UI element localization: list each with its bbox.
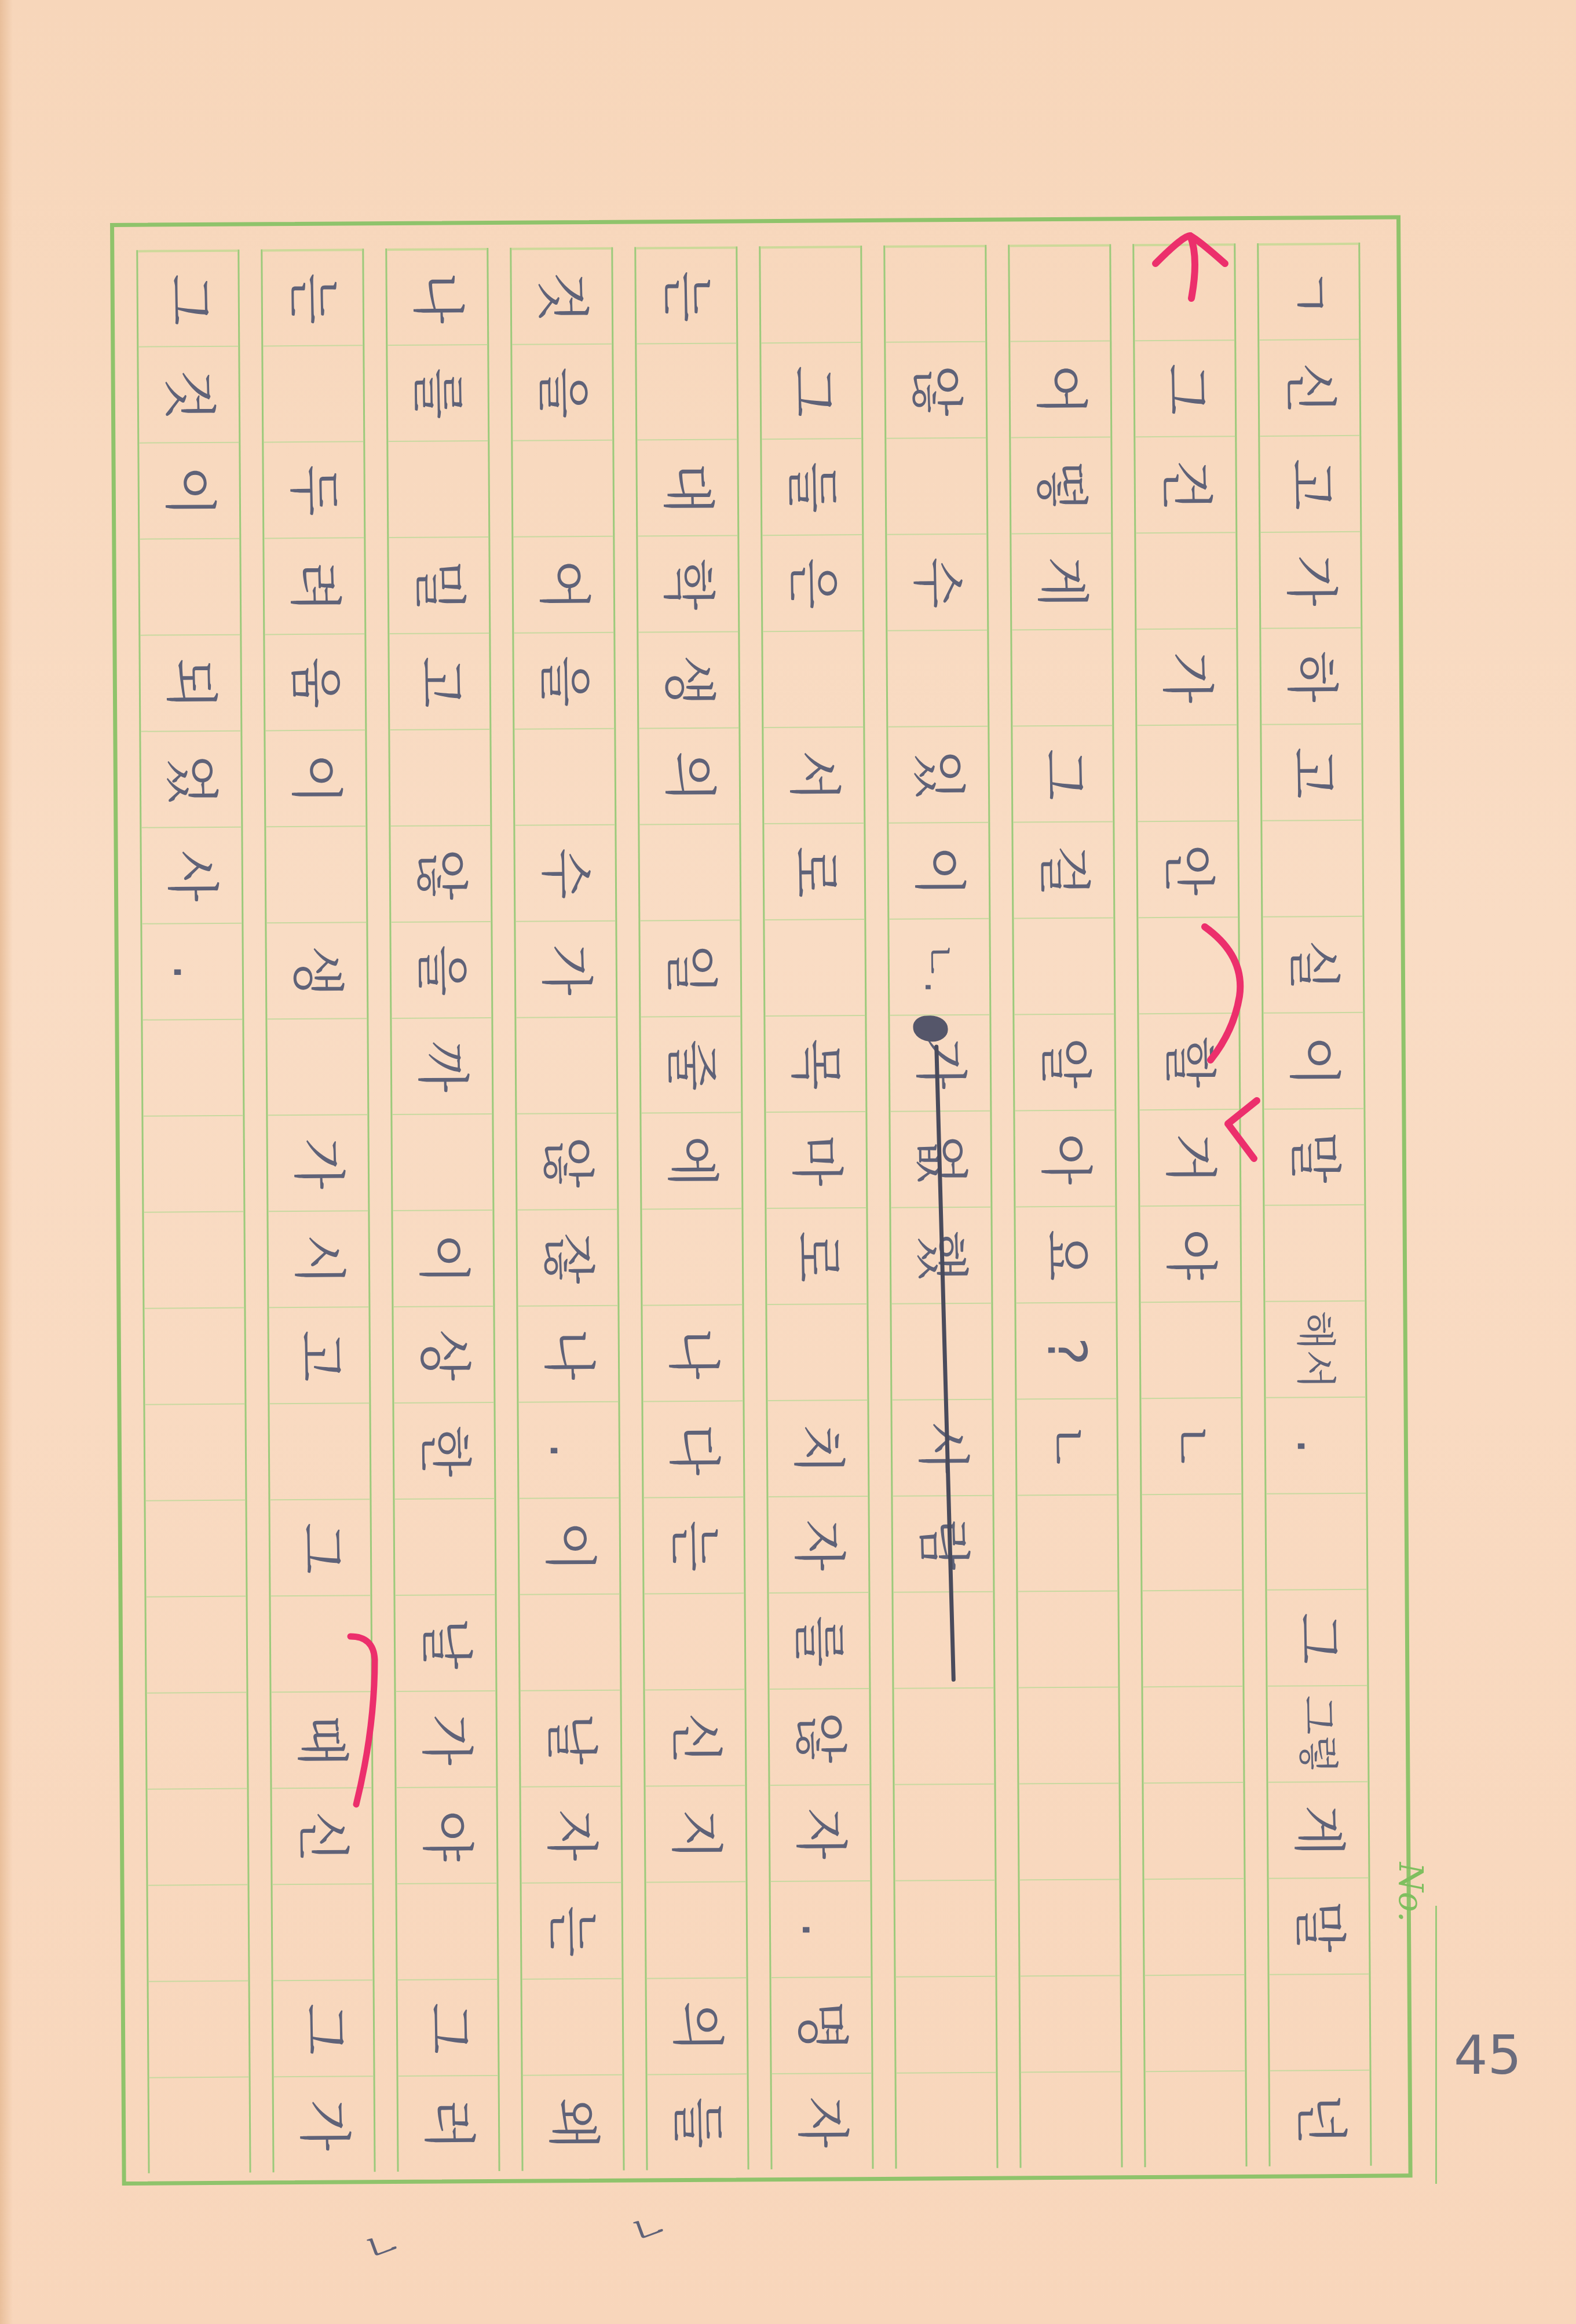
handwritten-syllable: 그: [1158, 363, 1212, 415]
handwritten-syllable: 말: [1292, 1901, 1346, 1953]
manuscript-cell: [1143, 1686, 1243, 1784]
manuscript-cell: 려: [264, 537, 364, 635]
handwritten-syllable: ㄱ: [1282, 267, 1336, 319]
manuscript-cell: 야: [397, 1786, 497, 1884]
handwritten-syllable: 수: [911, 557, 964, 609]
manuscript-cell: [895, 1880, 996, 1978]
manuscript-cell: 않: [517, 1113, 617, 1211]
manuscript-cell: 것: [138, 346, 239, 444]
handwritten-syllable: 알: [1038, 1037, 1092, 1088]
manuscript-cell: [394, 1498, 495, 1596]
handwritten-syllable: 아: [1039, 1133, 1092, 1185]
handwritten-syllable: 지: [669, 1808, 723, 1860]
manuscript-cell: [149, 1980, 249, 2078]
manuscript-cell: [146, 1596, 246, 1694]
handwritten-syllable: 않: [793, 1712, 847, 1763]
handwritten-syllable: 것: [162, 369, 216, 421]
handwritten-syllable: 나: [411, 272, 465, 324]
handwritten-syllable: 러: [422, 2099, 476, 2150]
manuscript-cell: [144, 1307, 244, 1405]
manuscript-cell: [1142, 1589, 1242, 1687]
handwritten-syllable: 은: [786, 558, 840, 609]
paper-edge: [0, 0, 13, 2324]
manuscript-cell: [1144, 1878, 1244, 1976]
manuscript-cell: 지: [645, 1785, 745, 1883]
manuscript-cell: [144, 1211, 244, 1309]
manuscript-cell: [1142, 1493, 1242, 1591]
manuscript-cell: 고: [1261, 723, 1362, 821]
manuscript-cell: 이: [1263, 1012, 1363, 1110]
manuscript-cell: 가: [274, 2075, 374, 2173]
manuscript-cell: 날: [395, 1594, 495, 1692]
manuscript-cell: 을: [512, 344, 612, 441]
manuscript-cell: 생: [638, 631, 738, 729]
manuscript-cell: [140, 538, 240, 636]
manuscript-cell: 자: [770, 1784, 870, 1882]
manuscript-cell: 수: [515, 824, 615, 922]
manuscript-cell: [1018, 1686, 1118, 1784]
handwritten-syllable: 사: [165, 850, 219, 901]
manuscript-cell: 가: [1260, 531, 1361, 629]
handwritten-syllable: 이: [289, 753, 343, 805]
handwritten-syllable: 하: [1285, 651, 1339, 703]
manuscript-cell: 를: [387, 344, 488, 442]
manuscript-cell: [390, 729, 490, 827]
handwritten-syllable: 서: [787, 750, 841, 802]
manuscript-cell: 이: [265, 729, 365, 827]
handwritten-syllable: .: [542, 1442, 595, 1459]
manuscript-cell: 마: [766, 1111, 866, 1209]
manuscript-cell: ㄴ: [1016, 1398, 1117, 1496]
manuscript-cell: [516, 1017, 616, 1115]
handwritten-syllable: 생: [662, 655, 716, 706]
handwritten-syllable: 가: [913, 1038, 967, 1090]
handwritten-syllable: 그: [297, 2003, 350, 2055]
handwritten-syllable: 었: [164, 754, 218, 805]
manuscript-cell: 그: [1012, 725, 1113, 823]
handwritten-syllable: 자: [794, 1808, 847, 1859]
manuscript-cell: [1021, 2071, 1121, 2169]
manuscript-cell: 가: [268, 1114, 368, 1212]
handwritten-syllable: 이: [912, 846, 966, 897]
handwritten-syllable: 말: [1288, 1132, 1341, 1183]
manuscript-cell: [887, 630, 988, 728]
handwritten-syllable: 는: [667, 1520, 721, 1572]
manuscript-cell: [1145, 1974, 1245, 2072]
handwritten-syllable: 있: [912, 750, 966, 801]
manuscript-cell: ?: [1016, 1302, 1116, 1399]
handwritten-syllable: .: [166, 963, 219, 981]
manuscript-cell: 명: [771, 1976, 872, 2074]
handwritten-syllable: 넌: [1293, 2093, 1347, 2145]
handwritten-syllable: 그렇: [1297, 1695, 1339, 1774]
manuscript-cell: [520, 1594, 620, 1691]
manuscript-cell: [1010, 244, 1110, 342]
manuscript-cell: 가: [396, 1690, 496, 1788]
manuscript-cell: 서: [763, 726, 864, 824]
manuscript-cell: 두: [264, 441, 364, 539]
manuscript-cell: 자: [772, 2073, 872, 2170]
manuscript-cell: 람: [893, 1495, 993, 1593]
handwritten-syllable: 이: [543, 1521, 597, 1572]
manuscript-cell: 는: [522, 1882, 622, 1980]
manuscript-cell: 을: [391, 921, 491, 1019]
manuscript-cell: .: [771, 1880, 871, 1978]
handwritten-syllable: 까: [415, 1041, 469, 1092]
handwritten-syllable: 밀: [412, 560, 466, 612]
manuscript-cell: 그: [273, 1979, 374, 2077]
handwritten-syllable: 로: [788, 846, 842, 898]
handwritten-syllable: 이: [416, 1233, 470, 1285]
manuscript-cell: 건: [1135, 436, 1235, 534]
handwritten-syllable: 실: [1286, 940, 1340, 991]
handwritten-syllable: 의: [663, 751, 716, 802]
manuscript-cell: [148, 1884, 248, 1982]
handwritten-syllable: 그: [294, 1522, 348, 1574]
manuscript-cell: 왜: [523, 2074, 623, 2172]
handwritten-syllable: 게: [1035, 556, 1089, 608]
manuscript-cell: [145, 1500, 246, 1598]
manuscript-cell: 자: [768, 1496, 868, 1594]
manuscript-cell: [1262, 820, 1362, 918]
manuscript-column: 어떻게그걸알아요?ㄴ: [1008, 244, 1122, 2168]
manuscript-cell: 상: [393, 1306, 493, 1404]
manuscript-cell: 다: [643, 1400, 743, 1498]
manuscript-cell: 어: [513, 536, 613, 634]
manuscript-cell: .: [142, 923, 242, 1021]
manuscript-cell: 그: [761, 342, 861, 440]
handwritten-syllable: 는: [660, 271, 714, 322]
handwritten-syllable: 고: [1285, 747, 1339, 799]
manuscript-cell: 움: [265, 633, 365, 731]
handwritten-syllable: 고: [413, 656, 467, 708]
manuscript-cell: 떻: [1011, 436, 1111, 534]
manuscript-cell: ㄴ.: [889, 918, 989, 1016]
manuscript-cell: 고: [269, 1306, 369, 1404]
handwritten-syllable: 자: [544, 1809, 598, 1861]
manuscript-cell: 는: [636, 246, 736, 344]
handwritten-syllable: 왜: [546, 2098, 600, 2149]
manuscript-cell: 잖: [517, 1209, 617, 1307]
manuscript-cell: [765, 919, 865, 1017]
manuscript-cell: [266, 825, 366, 923]
manuscript-cell: 그렇: [1267, 1685, 1367, 1783]
handwritten-syllable: 야: [1164, 1229, 1217, 1280]
manuscript-grid: 그것이되었사.는두려움이생가시고그때신그가나를밀고않을까이상한날가야그러것을어을…: [110, 215, 1413, 2186]
handwritten-syllable: 이: [163, 465, 217, 517]
manuscript-cell: [273, 1883, 373, 1981]
manuscript-cell: [1143, 1782, 1244, 1880]
handwritten-syllable: 두: [287, 465, 341, 516]
bracket-mark-icon: [1199, 921, 1251, 1072]
manuscript-cell: 않: [886, 341, 986, 439]
handwritten-syllable: 시: [292, 1234, 346, 1285]
manuscript-cell: [763, 630, 863, 728]
manuscript-cell: [637, 342, 737, 440]
manuscript-cell: [263, 345, 363, 443]
handwritten-syllable: 안: [1161, 844, 1215, 896]
handwritten-syllable: 신: [295, 1811, 349, 1862]
manuscript-cell: 안: [1138, 820, 1238, 918]
handwritten-syllable: ?: [1040, 1337, 1093, 1365]
manuscript-cell: 은: [762, 534, 862, 632]
handwritten-syllable: 가: [1284, 555, 1338, 606]
handwritten-syllable: 수: [539, 848, 593, 900]
manuscript-cell: 생: [266, 922, 367, 1020]
manuscript-cell: 나: [518, 1305, 618, 1403]
manuscript-column: 않수있이ㄴ.가없했사람: [883, 245, 998, 2169]
handwritten-syllable: 나: [542, 1328, 595, 1380]
handwritten-syllable: 않: [909, 365, 963, 416]
manuscript-cell: 로: [764, 823, 864, 920]
manuscript-cell: [513, 440, 613, 538]
manuscript-cell: [1264, 1204, 1365, 1302]
manuscript-cell: [644, 1592, 744, 1690]
manuscript-cell: 는: [643, 1496, 744, 1594]
manuscript-cell: [1017, 1494, 1117, 1592]
handwritten-syllable: 치: [791, 1423, 845, 1475]
manuscript-cell: [397, 1883, 498, 1980]
manuscript-cell: 것: [511, 247, 612, 345]
manuscript-cell: 치: [767, 1399, 868, 1497]
manuscript-cell: 었: [141, 730, 241, 828]
manuscript-cell: [767, 1303, 867, 1401]
handwritten-syllable: 줄: [664, 1039, 718, 1091]
manuscript-cell: 시: [268, 1210, 368, 1308]
manuscript-cell: .: [1266, 1397, 1366, 1494]
handwritten-syllable: 려: [288, 561, 342, 612]
manuscript-cell: 실: [1263, 916, 1363, 1014]
manuscript-cell: [1140, 1301, 1241, 1399]
manuscript-column: 그것이되었사.: [136, 250, 251, 2173]
bracket-mark-icon-lower: [345, 1625, 385, 1810]
handwritten-syllable: 한: [418, 1426, 471, 1477]
margin-mark: ㄴ: [353, 2208, 410, 2276]
manuscript-cell: 을: [514, 632, 614, 730]
manuscript-column: 는두려움이생가시고그때신그가: [261, 249, 375, 2172]
handwritten-syllable: ㄴ.: [919, 941, 960, 993]
handwritten-syllable: 야: [420, 1810, 474, 1862]
handwritten-syllable: 명: [795, 2000, 849, 2052]
handwritten-syllable: 는: [545, 1905, 599, 1957]
handwritten-syllable: 들: [785, 462, 839, 513]
manuscript-cell: [1021, 1975, 1121, 2073]
handwritten-syllable: 고: [292, 1330, 346, 1382]
manuscript-cell: 신: [1259, 339, 1359, 437]
manuscript-cell: [760, 246, 861, 344]
handwritten-syllable: 그: [1290, 1613, 1344, 1664]
handwritten-syllable: 신: [1283, 363, 1337, 414]
manuscript-cell: 로: [766, 1207, 866, 1305]
handwritten-syllable: 않: [414, 849, 468, 900]
manuscript-cell: [886, 437, 986, 535]
handwritten-syllable: 학: [661, 558, 715, 610]
caret-mark-icon: [1219, 1095, 1266, 1164]
handwritten-syllable: ㄴ: [1040, 1422, 1094, 1473]
manuscript-cell: [1019, 1879, 1120, 1976]
handwritten-syllable: 사: [916, 1423, 970, 1474]
manuscript-cell: 의: [647, 1977, 747, 2075]
handwritten-syllable: 상: [417, 1329, 471, 1381]
handwritten-syllable: 날: [419, 1618, 473, 1669]
manuscript-cell: [145, 1404, 245, 1501]
manuscript-cell: [269, 1402, 370, 1500]
manuscript-cell: 날: [520, 1690, 620, 1788]
manuscript-cell: [388, 440, 488, 538]
manuscript-cell: 어: [1010, 340, 1110, 438]
manuscript-cell: 해서: [1265, 1300, 1365, 1398]
manuscript-cell: 이: [888, 822, 989, 920]
handwritten-syllable: 가: [291, 1138, 345, 1189]
manuscript-cell: 가: [1136, 628, 1237, 726]
handwritten-syllable: 는: [286, 273, 340, 324]
manuscript-cell: 사: [141, 827, 242, 925]
handwritten-syllable: 건: [1159, 459, 1213, 511]
handwritten-syllable: 을: [537, 656, 591, 707]
manuscript-cell: 고: [389, 633, 489, 730]
handwritten-syllable: 되: [164, 657, 218, 709]
handwritten-syllable: 을: [536, 367, 590, 419]
handwritten-syllable: 목: [789, 1039, 843, 1090]
handwritten-syllable: 마: [789, 1135, 843, 1186]
manuscript-cell: 일: [640, 919, 740, 1017]
handwritten-syllable: 들: [671, 2097, 725, 2148]
handwritten-syllable: 때: [295, 1715, 349, 1766]
handwritten-syllable: 일: [664, 943, 718, 995]
handwritten-syllable: 에: [665, 1135, 719, 1187]
manuscript-cell: 그: [138, 250, 238, 348]
insert-arrow-icon: [1144, 229, 1237, 321]
page-number-line: [1435, 1906, 1437, 2184]
manuscript-cell: [1146, 2070, 1246, 2168]
handwritten-syllable: 로: [790, 1231, 844, 1282]
manuscript-cell: [1012, 628, 1112, 726]
manuscript-cell: 줄: [641, 1015, 741, 1113]
manuscript-cell: 를: [769, 1592, 869, 1690]
handwritten-syllable: 움: [288, 657, 342, 708]
handwritten-syllable: 그: [162, 273, 215, 325]
manuscript-cell: 에: [641, 1112, 741, 1209]
handwritten-syllable: 가: [297, 2099, 351, 2151]
manuscript-cell: 수: [887, 534, 987, 631]
handwritten-syllable: 신: [668, 1712, 722, 1764]
manuscript-cell: [143, 1115, 243, 1213]
manuscript-cell: ㄴ: [1141, 1397, 1241, 1495]
handwritten-syllable: 을: [415, 945, 469, 996]
manuscript-cell: [894, 1784, 994, 1881]
handwritten-syllable: 어: [537, 560, 591, 611]
handwritten-syllable: ㄴ: [1165, 1421, 1219, 1472]
manuscript-cell: [885, 245, 985, 343]
handwritten-syllable: 이: [1287, 1036, 1341, 1087]
manuscript-cell: [1019, 1782, 1119, 1880]
manuscript-cell: [1270, 1974, 1370, 2071]
manuscript-cell: [642, 1208, 742, 1306]
manuscript-cell: 않: [390, 825, 491, 923]
manuscript-cell: [893, 1591, 993, 1689]
handwritten-syllable: 떻: [1034, 460, 1088, 511]
margin-mark: ㄴ: [620, 2190, 677, 2259]
manuscript-cell: 있: [888, 726, 988, 824]
manuscript-cell: 대: [637, 439, 737, 536]
manuscript-cell: 학: [638, 535, 738, 633]
page-number-label: No.: [1391, 1862, 1431, 1922]
manuscript-cell: 게: [1268, 1781, 1368, 1879]
manuscript-cell: [646, 1881, 747, 1979]
manuscript-cell: 야: [1140, 1205, 1240, 1303]
manuscript-cell: 고: [1260, 435, 1360, 533]
page-number: 45: [1454, 2025, 1522, 2087]
manuscript-cell: 말: [1264, 1108, 1364, 1206]
manuscript-cell: [896, 1976, 996, 2074]
manuscript-column: 나를밀고않을까이상한날가야그러: [385, 248, 500, 2172]
manuscript-cell: [1266, 1493, 1366, 1591]
manuscript-cell: 되: [140, 634, 240, 732]
manuscript-column: 는대학생의일줄에나다는신지의들: [634, 246, 749, 2170]
manuscript-cell: [149, 2077, 250, 2175]
manuscript-cell: 사: [892, 1399, 992, 1497]
manuscript-cell: 그: [1267, 1589, 1367, 1687]
manuscript-cell: 한: [394, 1402, 494, 1500]
handwritten-syllable: 그: [785, 366, 839, 417]
handwritten-syllable: 다: [667, 1424, 721, 1475]
manuscript-cell: 그: [398, 1979, 498, 2077]
manuscript-cell: 아: [1015, 1109, 1115, 1207]
manuscript-cell: 요: [1015, 1205, 1116, 1303]
manuscript-cell: [142, 1019, 243, 1117]
manuscript-cell: 게: [1011, 532, 1111, 630]
handwritten-syllable: 를: [411, 368, 465, 419]
manuscript-cell: [392, 1113, 492, 1211]
handwritten-syllable: 자: [792, 1519, 846, 1571]
manuscript-cell: [894, 1687, 994, 1785]
manuscript-cell: [897, 2072, 997, 2170]
manuscript-cell: [1018, 1590, 1118, 1688]
manuscript-cell: 걸: [1013, 821, 1113, 919]
handwritten-syllable: 게: [1292, 1805, 1345, 1857]
manuscript-cell: [1137, 724, 1237, 822]
handwritten-syllable: 것: [535, 272, 589, 323]
handwritten-syllable: 의: [670, 2001, 724, 2052]
manuscript-cell: 이: [393, 1209, 493, 1307]
manuscript-cell: 나: [642, 1304, 743, 1402]
handwritten-syllable: .: [794, 1921, 847, 1939]
manuscript-cell: 넌: [1270, 2070, 1370, 2168]
manuscript-cell: 까: [392, 1017, 492, 1115]
handwritten-syllable: 그: [421, 2003, 475, 2054]
manuscript-cell: 말: [1268, 1877, 1369, 1975]
manuscript-cell: 목: [765, 1015, 865, 1113]
manuscript-cell: 는: [262, 249, 363, 346]
manuscript-cell: 나: [387, 248, 487, 346]
manuscript-cell: [1136, 532, 1236, 630]
manuscript-cell: 그: [270, 1499, 370, 1596]
manuscript-cell: ㄱ: [1259, 243, 1359, 341]
manuscript-cell: 밀: [389, 536, 489, 634]
handwritten-syllable: 어: [1034, 364, 1088, 415]
manuscript-cell: 하: [1261, 627, 1361, 725]
handwritten-syllable: 가: [1160, 652, 1214, 703]
manuscript-cell: [148, 1788, 248, 1886]
manuscript-column: 그건가안할거야ㄴ: [1132, 243, 1247, 2167]
handwritten-syllable: 그: [1036, 748, 1090, 800]
manuscript-cell: [147, 1692, 247, 1790]
manuscript-column: ㄱ신고가하고실이말해서.그그렇게말넌: [1257, 243, 1372, 2166]
handwritten-syllable: 가: [539, 944, 593, 995]
handwritten-syllable: 요: [1039, 1229, 1093, 1281]
handwritten-syllable: 자: [795, 2096, 849, 2148]
handwritten-syllable: 거: [1163, 1132, 1217, 1184]
